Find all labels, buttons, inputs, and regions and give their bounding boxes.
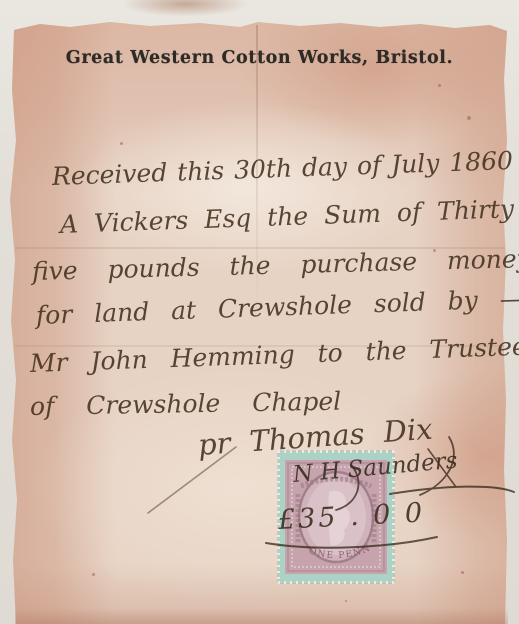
- foxing-speck: [92, 573, 95, 576]
- stamp-perforation: [278, 450, 394, 453]
- letterhead-title: Great Western Cotton Works, Bristol.: [55, 48, 464, 68]
- foxing-speck: [438, 84, 441, 87]
- stamp-perforation: [278, 581, 394, 584]
- scanned-receipt-page: Great Western Cotton Works, Bristol. Rec…: [0, 0, 519, 624]
- foxing-speck: [120, 142, 123, 145]
- foxing-speck: [461, 571, 464, 574]
- foxing-speck: [467, 116, 471, 120]
- handwritten-line: of Crewshole Chapel: [30, 387, 342, 421]
- foxing-speck: [345, 600, 347, 602]
